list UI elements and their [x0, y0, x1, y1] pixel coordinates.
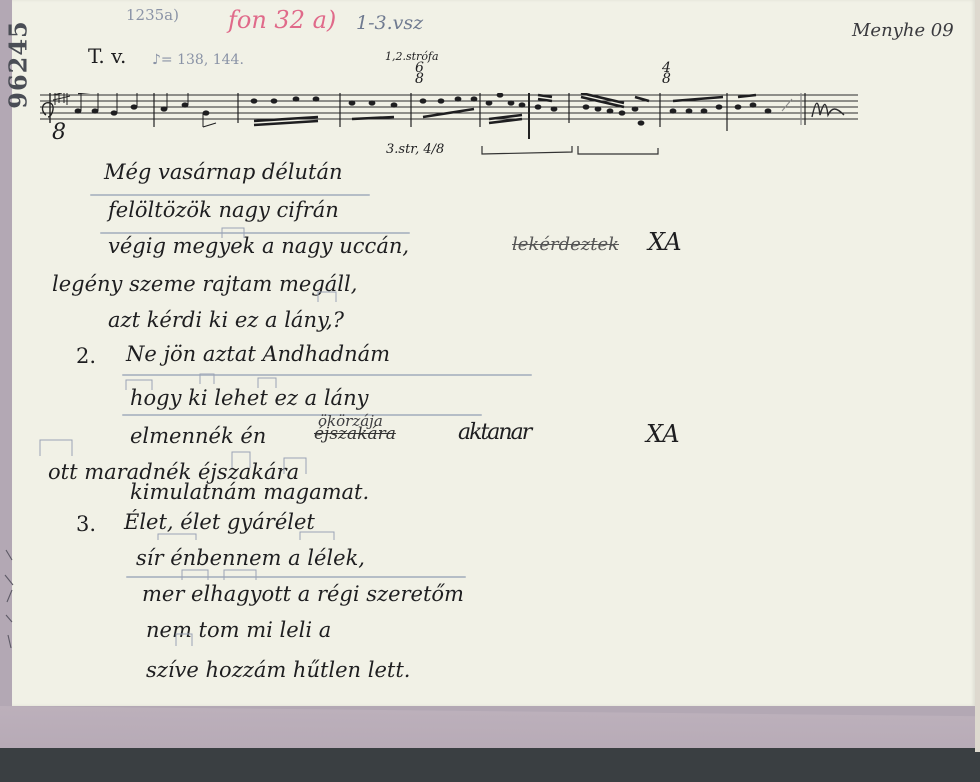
verse3-line-3: mer elhagyott a régi szeretőm — [142, 582, 464, 606]
verse2-line-1: Ne jön aztat Andhadnám — [126, 342, 390, 366]
verse1-line-4: legény szeme rajtam megáll, — [52, 272, 357, 296]
pencil-underline — [126, 576, 466, 578]
verse2-scribble: aktanar — [458, 420, 530, 445]
verse3-line-1: Élet, élet gyárélet — [124, 510, 315, 534]
time-signature-4-8: 4 8 — [662, 63, 671, 85]
red-pencil-note: fon 32 a) — [228, 6, 336, 34]
time-sig-bottom: 8 — [662, 74, 671, 85]
music-staff — [38, 93, 948, 133]
verse1-line-1: Még vasárnap délután — [104, 160, 343, 184]
sheet-right-edge — [975, 0, 980, 752]
verse3-number: 3. — [76, 512, 96, 536]
verse1-refrain-mark: XA — [648, 228, 682, 256]
repeat-brackets — [480, 146, 660, 160]
scanner-bed-strip — [0, 748, 980, 782]
verse3-line-4: nem tom mi leli a — [146, 618, 331, 642]
verse1-line-2: felöltözök nagy cifrán — [108, 198, 339, 222]
tempo-marking: ♪= 138, 144. — [152, 52, 244, 68]
catalog-pencil-note: 1235a) — [126, 6, 179, 24]
archive-stamp: 96245 — [0, 10, 40, 120]
pencil-underline — [122, 374, 532, 376]
verse-range-note: 1-3.vsz — [356, 12, 423, 34]
staff-notation — [38, 93, 948, 143]
time-sig-bottom: 8 — [415, 74, 424, 85]
verse2-refrain-mark: XA — [646, 420, 680, 448]
verse3-line-2: sír énbennem a lélek, — [136, 546, 365, 570]
archive-stamp-number: 96245 — [4, 10, 33, 120]
verse-annotation-below: 3.str, 4/8 — [386, 142, 444, 157]
pencil-underline — [122, 414, 482, 416]
margin-scribble — [2, 540, 16, 670]
pencil-underline — [90, 194, 370, 196]
verse2-line-3: elmennék én — [130, 424, 266, 448]
time-signature-6-8: 6 8 — [415, 63, 424, 85]
verse2-crossed-word: éjszakára — [314, 424, 396, 444]
verse3-line-5: szíve hozzám hűtlen lett. — [146, 658, 410, 682]
verse2-line-5: kimulatnám magamat. — [130, 480, 369, 504]
verse1-crossed-word: lekérdeztek — [512, 234, 619, 255]
collector-note: Menyhe 09 — [852, 20, 954, 41]
tempo-label: T. v. — [88, 44, 126, 68]
verse2-line-2: hogy ki lehet ez a lány — [130, 386, 368, 410]
verse1-line-3: végig megyek a nagy uccán, — [108, 234, 409, 258]
verse1-line-5: azt kérdi ki ez a lány,? — [108, 308, 344, 332]
verse-annotation-above: 1,2.strófa — [385, 50, 439, 63]
verse2-number: 2. — [76, 344, 96, 368]
